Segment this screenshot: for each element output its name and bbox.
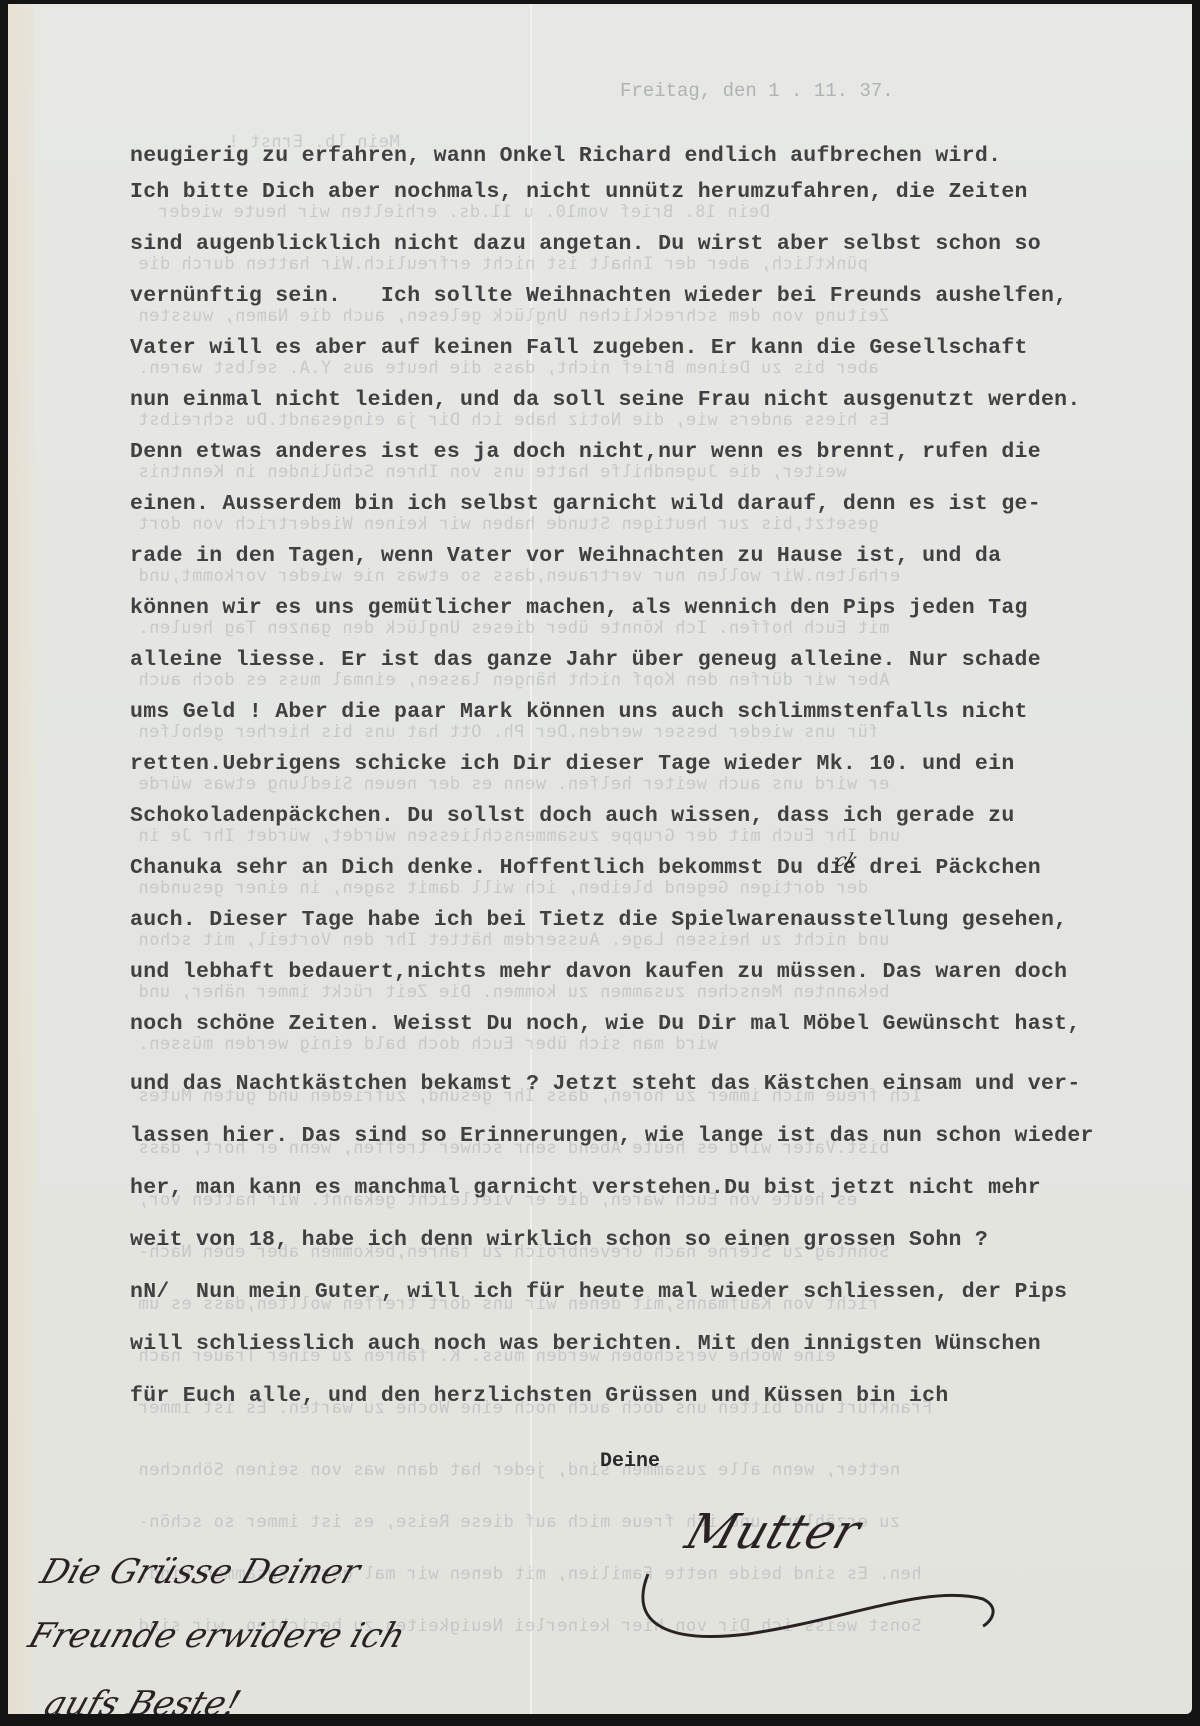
handwritten-note-line: Die Grüsse Deiner: [36, 1552, 366, 1592]
show-through-text: Dein 18. Brief vom10. u 11.ds. erhielten…: [158, 202, 770, 222]
show-through-text: bekannten Menschen zusammen zu kommen. D…: [138, 982, 889, 1002]
text-line: für Euch alle, und den herzlichsten Grüs…: [130, 1384, 949, 1408]
show-through-text: mit Euch hoffen. Ich könnte über dieses …: [138, 618, 889, 638]
text-line: sind augenblicklich nicht dazu angetan. …: [130, 232, 1041, 256]
show-through-text: aber bis zu Deinem Brief nicht, dass die…: [138, 358, 879, 378]
text-line: neugierig zu erfahren, wann Onkel Richar…: [130, 144, 1001, 168]
text-line: nN/ Nun mein Guter, will ich für heute m…: [130, 1280, 1067, 1304]
text-line: Vater will es aber auf keinen Fall zugeb…: [130, 336, 1028, 360]
text-line: und lebhaft bedauert,nichts mehr davon k…: [130, 960, 1067, 984]
handwritten-note-line: Freunde erwidere ich: [24, 1616, 411, 1656]
show-through-text: pünktlich, aber der Inhalt ist nicht erf…: [138, 254, 868, 274]
show-through-text: der dortigen Gegend bleiben, ich will da…: [138, 878, 868, 898]
show-through-text: netter, wenn alle zusammen sind, jeder h…: [138, 1460, 900, 1480]
text-line: Ich bitte Dich aber nochmals, nicht unnü…: [130, 180, 1028, 204]
show-through-text: er wird uns auch weiter helfen. wenn es …: [138, 774, 889, 794]
text-line: lassen hier. Das sind so Erinnerungen, w…: [130, 1124, 1094, 1148]
text-line: nun einmal nicht leiden, und da soll sei…: [130, 388, 1081, 412]
show-through-text: Es hiess anders wie, die Notiz habe ich …: [138, 410, 889, 430]
show-through-text: für uns wieder besser werden.Der Ph. Ott…: [138, 722, 879, 742]
letter-date: Freitag, den 1 . 11. 37.: [620, 80, 894, 102]
text-line: Schokoladenpäckchen. Du sollst doch auch…: [130, 804, 1015, 828]
show-through-text: gesetzt,bis zur heutigen Stunde haben wi…: [138, 514, 879, 534]
show-through-text: Aber wir dürfen den Kopf nicht hängen la…: [138, 670, 889, 690]
text-line: retten.Uebrigens schicke ich Dir dieser …: [130, 752, 1015, 776]
closing-salutation: Deine: [600, 1450, 660, 1473]
show-through-text: wird man sich über Euch doch bald einig …: [138, 1034, 718, 1054]
show-through-text: und nicht zu heissen Lage. Ausserdem hät…: [138, 930, 889, 950]
letter-page: Mein lb. Ernst ! Dein 18. Brief vom10. u…: [8, 4, 1192, 1714]
text-line: auch. Dieser Tage habe ich bei Tietz die…: [130, 908, 1067, 932]
text-line: und das Nachtkästchen bekamst ? Jetzt st…: [130, 1072, 1081, 1096]
text-line: können wir es uns gemütlicher machen, al…: [130, 596, 1028, 620]
text-line: ums Geld ! Aber die paar Mark können uns…: [130, 700, 1028, 724]
signature-flourish: [628, 1564, 1028, 1684]
show-through-text: erhalten.Wir wollen nur vertrauen,dass s…: [138, 566, 900, 586]
text-line: Denn etwas anderes ist es ja doch nicht,…: [130, 440, 1041, 464]
text-line: her, man kann es manchmal garnicht verst…: [130, 1176, 1041, 1200]
show-through-text: weiter, die Jugendhilfe hatte uns von Ih…: [138, 462, 847, 482]
text-line: einen. Ausserdem bin ich selbst garnicht…: [130, 492, 1041, 516]
text-line: rade in den Tagen, wenn Vater vor Weihna…: [130, 544, 1001, 568]
text-line: Chanuka sehr an Dich denke. Hoffentlich …: [130, 856, 1041, 880]
show-through-text: Zeitung von dem schrecklichen Unglück ge…: [138, 306, 889, 326]
text-line: vernünftig sein. Ich sollte Weihnachten …: [130, 284, 1067, 308]
show-through-text: und Ihr Euch mit der Gruppe zusammenschl…: [138, 826, 900, 846]
text-line: will schliesslich auch noch was berichte…: [130, 1332, 1041, 1356]
text-line: noch schöne Zeiten. Weisst Du noch, wie …: [130, 1012, 1081, 1036]
text-line: alleine liesse. Er ist das ganze Jahr üb…: [130, 648, 1041, 672]
text-line: weit von 18, habe ich denn wirklich scho…: [130, 1228, 988, 1252]
signature: Mutter: [679, 1504, 867, 1560]
handwritten-note-line: aufs Beste!: [40, 1684, 246, 1714]
